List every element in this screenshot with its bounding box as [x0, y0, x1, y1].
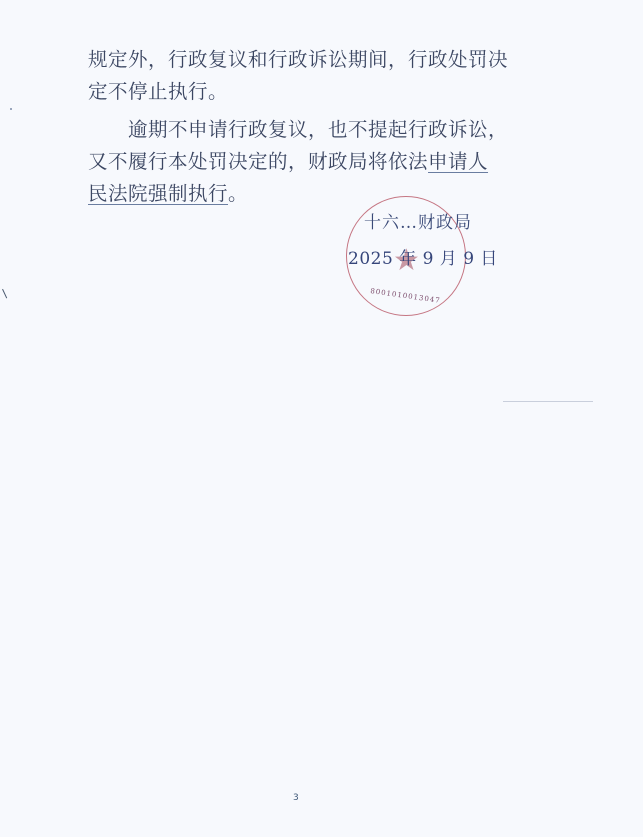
- faint-line: [503, 401, 593, 402]
- paragraph-punctuation: 。: [228, 182, 248, 205]
- scan-artifact: [10, 108, 12, 110]
- document-page: 规定外，行政复议和行政诉讼期间，行政处罚决定不停止执行。 逾期不申请行政复议，也…: [0, 0, 643, 837]
- page-number: 3: [293, 793, 299, 803]
- issuer-signature: 十六…财政局: [358, 210, 478, 236]
- scan-artifact: [2, 288, 10, 299]
- issue-date: 2025 年 9 月 9 日: [348, 244, 498, 269]
- paragraph-text: 规定外，行政复议和行政诉讼期间，行政处罚决定不停止执行。: [88, 48, 508, 103]
- paragraph-enforcement: 逾期不申请行政复议，也不提起行政诉讼，又不履行本处罚决定的，财政局将依法申请人民…: [88, 114, 508, 210]
- paragraph-execution-not-suspended: 规定外，行政复议和行政诉讼期间，行政处罚决定不停止执行。: [88, 44, 508, 108]
